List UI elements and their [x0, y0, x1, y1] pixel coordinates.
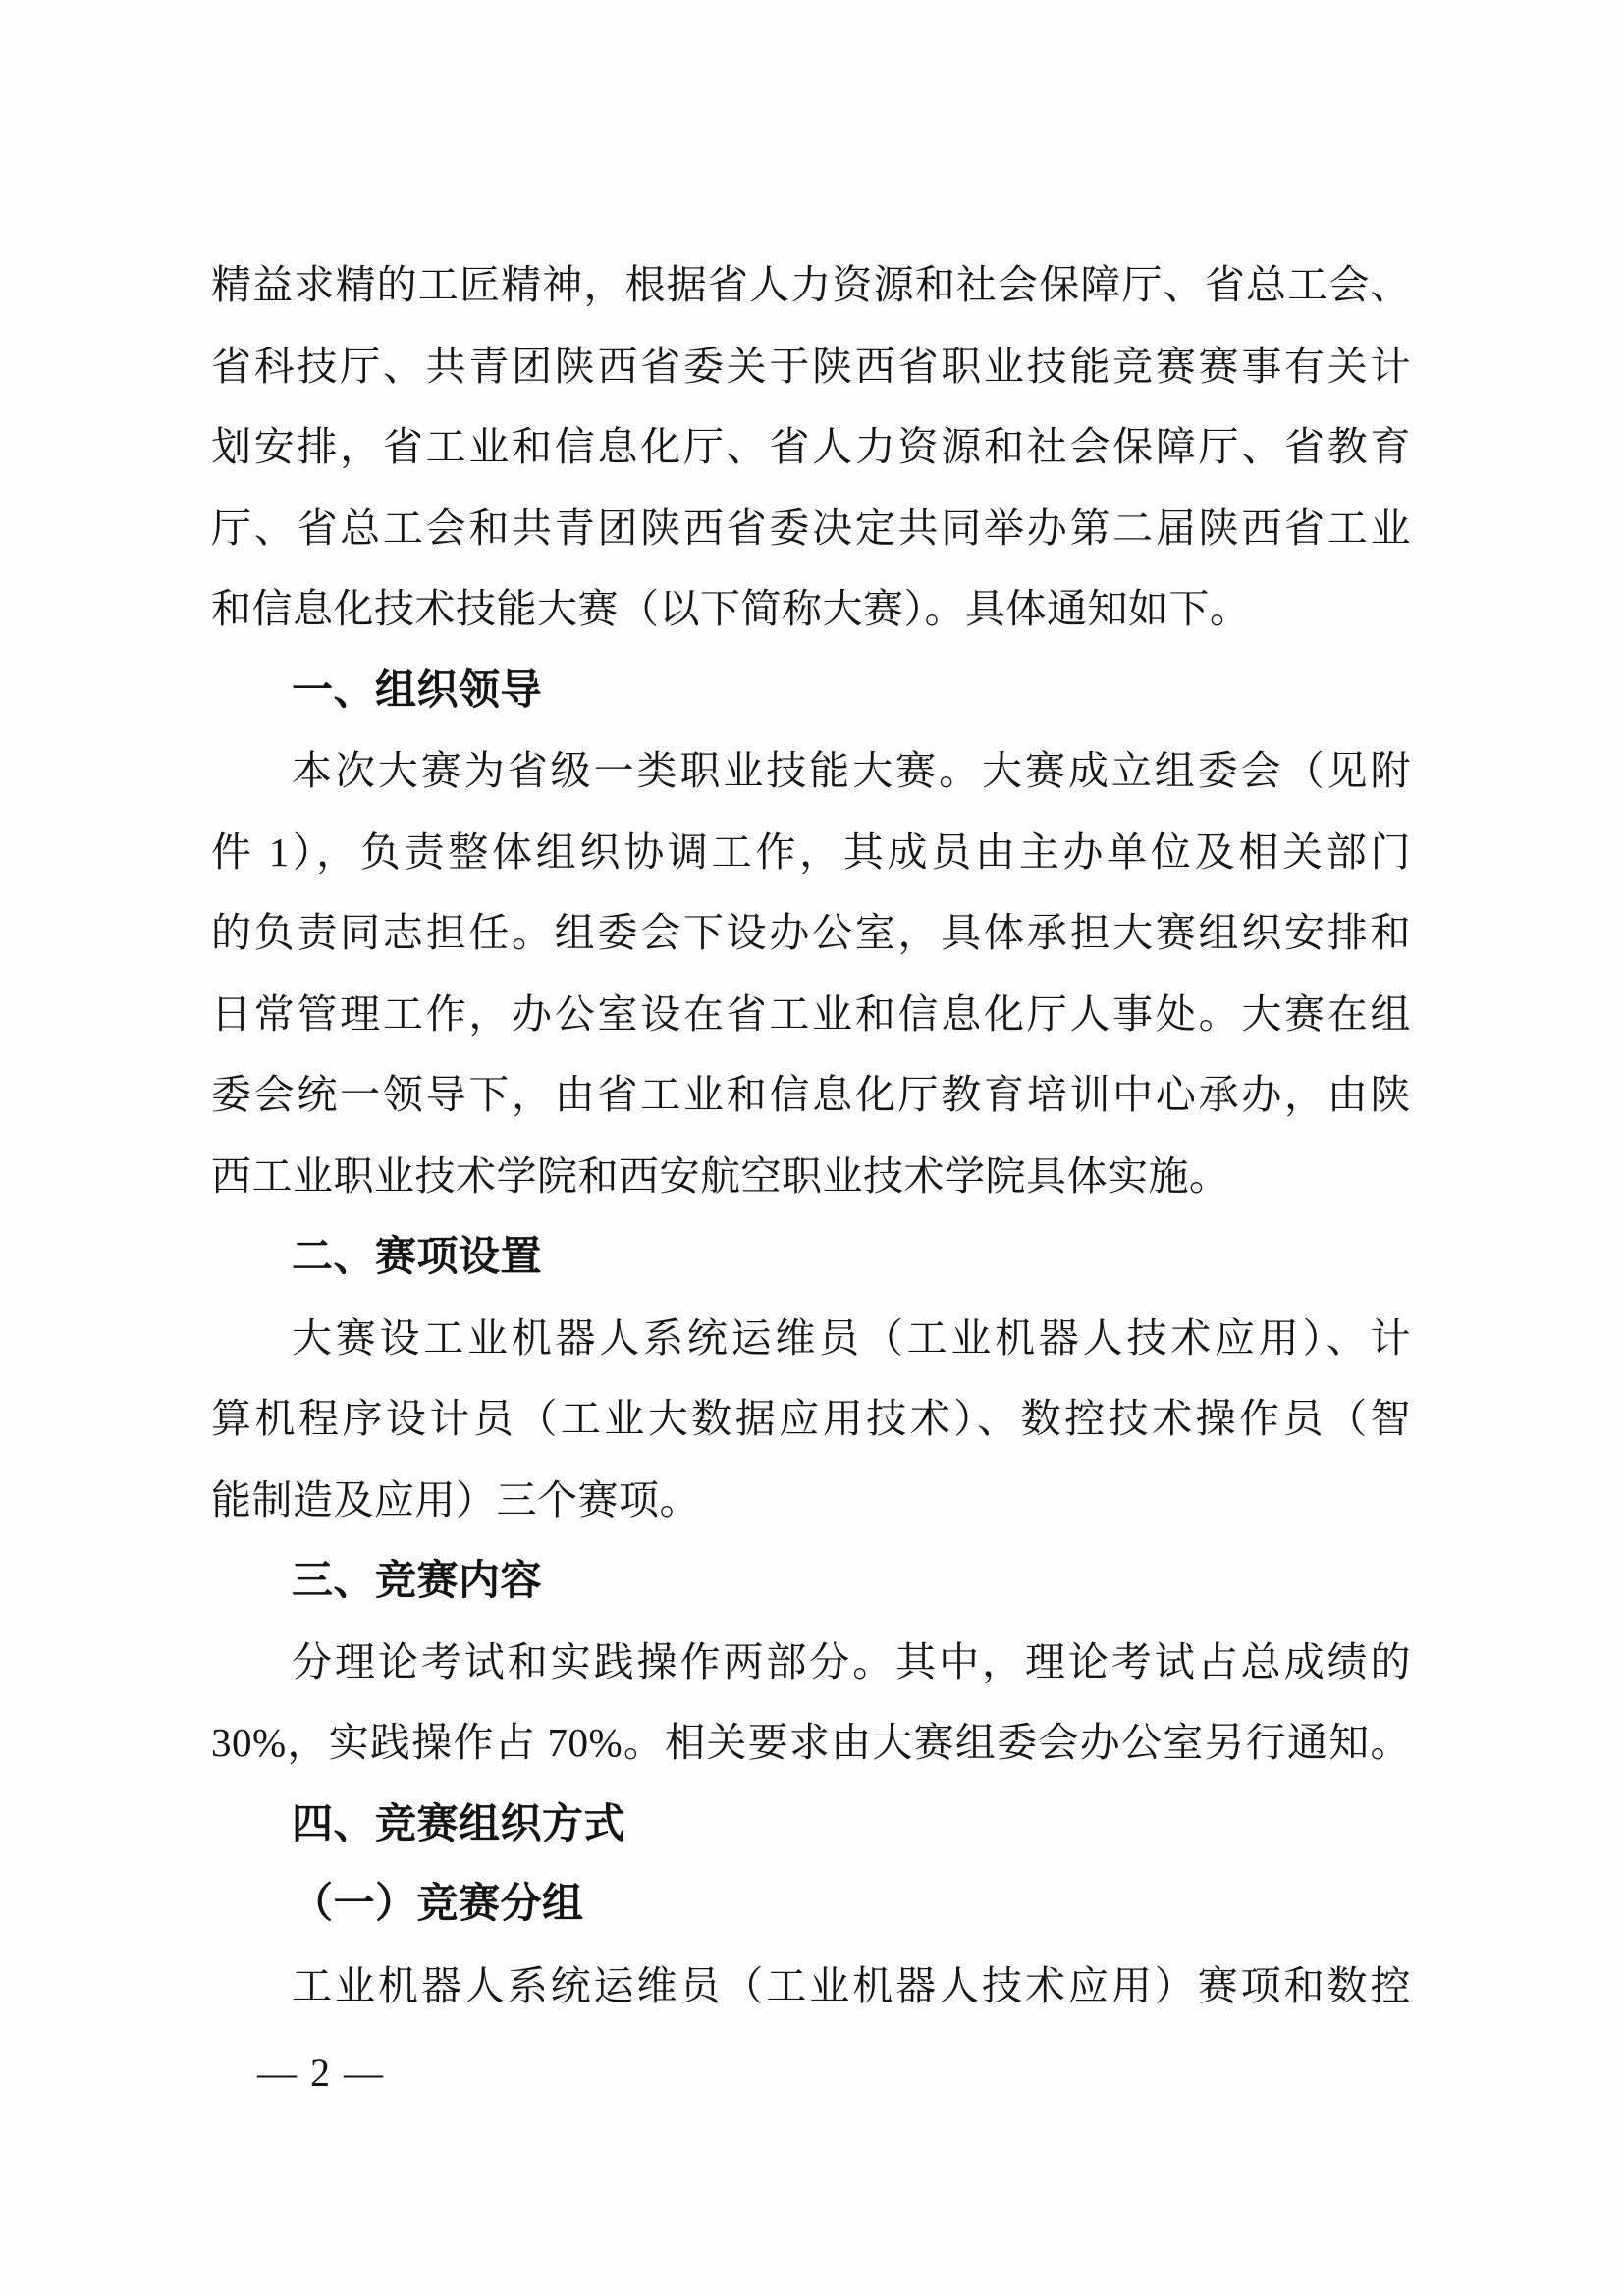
text-line: 30%，实践操作占 70%。相关要求由大赛组委会办公室另行通知。	[211, 1702, 1411, 1784]
text-line: 西工业职业技术学院和西安航空职业技术学院具体实施。	[211, 1136, 1411, 1217]
text-line: 委会统一领导下，由省工业和信息化厅教育培训中心承办，由陕	[211, 1054, 1411, 1136]
text-line: 能制造及应用）三个赛项。	[211, 1460, 1411, 1541]
text-line: 的负责同志担任。组委会下设办公室，具体承担大赛组织安排和	[211, 892, 1411, 974]
text-line: 分理论考试和实践操作两部分。其中，理论考试占总成绩的	[211, 1622, 1411, 1703]
section-heading: 一、组织领导	[211, 650, 1411, 731]
document-page: 精益求精的工匠精神，根据省人力资源和社会保障厅、省总工会、省科技厅、共青团陕西省…	[0, 0, 1624, 2296]
text-line: 算机程序设计员（工业大数据应用技术）、数控技术操作员（智	[211, 1378, 1411, 1460]
section-heading: 四、竞赛组织方式	[211, 1784, 1411, 1865]
page-number: — 2 —	[257, 2049, 385, 2098]
text-line: 本次大赛为省级一类职业技能大赛。大赛成立组委会（见附	[211, 730, 1411, 812]
subsection-heading: （一）竞赛分组	[211, 1864, 1411, 1946]
text-line: 划安排，省工业和信息化厅、省人力资源和社会保障厅、省教育	[211, 406, 1411, 488]
text-line: 和信息化技术技能大赛（以下简称大赛）。具体通知如下。	[211, 568, 1411, 650]
document-body: 精益求精的工匠精神，根据省人力资源和社会保障厅、省总工会、省科技厅、共青团陕西省…	[211, 244, 1411, 2026]
text-line: 厅、省总工会和共青团陕西省委决定共同举办第二届陕西省工业	[211, 488, 1411, 569]
text-line: 省科技厅、共青团陕西省委关于陕西省职业技能竞赛赛事有关计	[211, 326, 1411, 407]
text-line: 件 1），负责整体组织协调工作，其成员由主办单位及相关部门	[211, 812, 1411, 893]
text-line: 工业机器人系统运维员（工业机器人技术应用）赛项和数控	[211, 1946, 1411, 2027]
text-line: 大赛设工业机器人系统运维员（工业机器人技术应用）、计	[211, 1298, 1411, 1379]
section-heading: 三、竞赛内容	[211, 1540, 1411, 1622]
section-heading: 二、赛项设置	[211, 1216, 1411, 1298]
text-line: 日常管理工作，办公室设在省工业和信息化厅人事处。大赛在组	[211, 974, 1411, 1055]
text-line: 精益求精的工匠精神，根据省人力资源和社会保障厅、省总工会、	[211, 244, 1411, 326]
